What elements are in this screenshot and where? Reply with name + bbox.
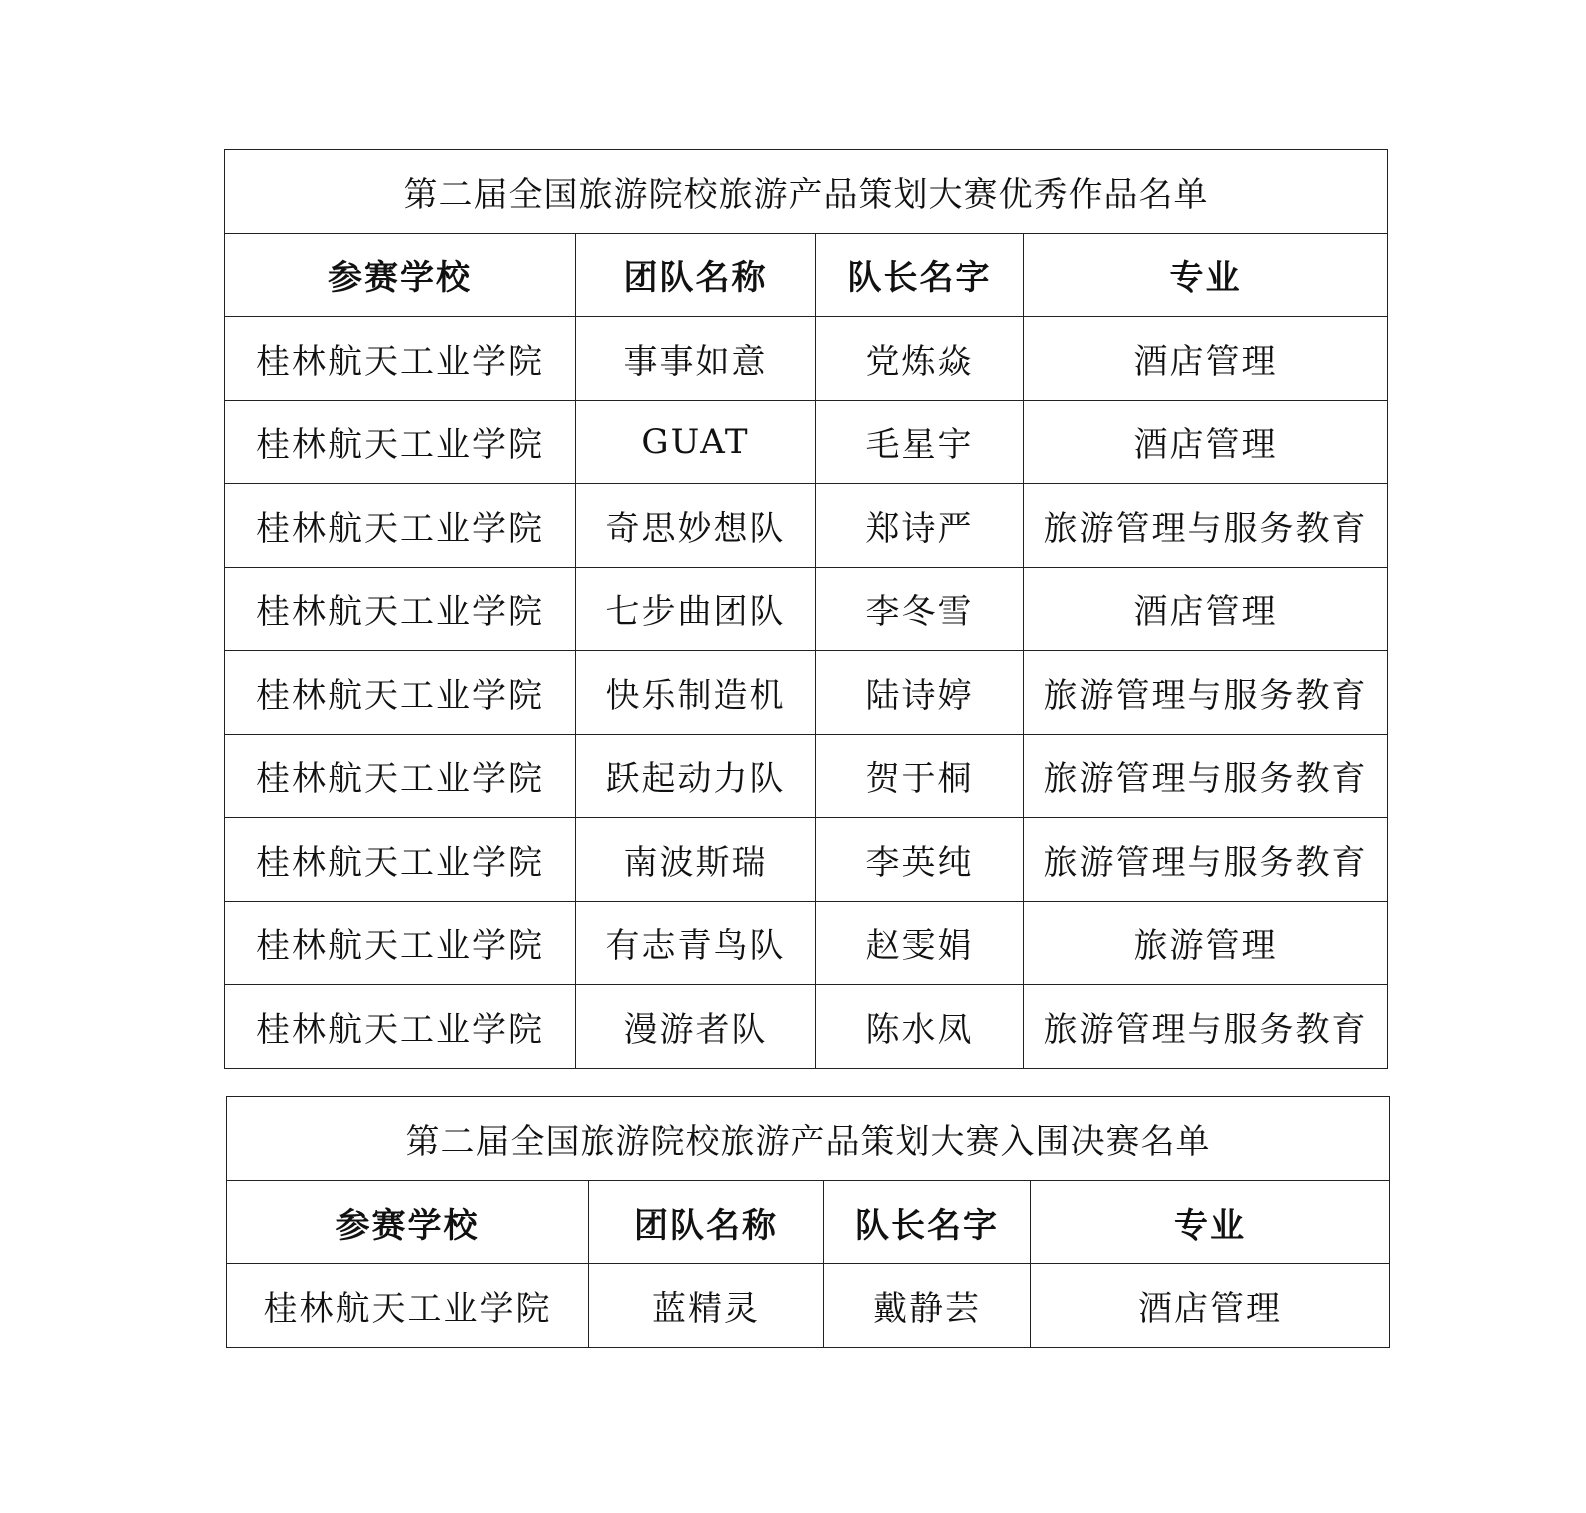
table-title-row: 第二届全国旅游院校旅游产品策划大赛入围决赛名单 xyxy=(227,1097,1390,1181)
cell-captain: 陈水凤 xyxy=(816,985,1024,1069)
table-row: 桂林航天工业学院 南波斯瑞 李英纯 旅游管理与服务教育 xyxy=(225,818,1388,902)
cell-team: GUAT xyxy=(576,400,816,484)
cell-school: 桂林航天工业学院 xyxy=(225,818,576,902)
table-row: 桂林航天工业学院 GUAT 毛星宇 酒店管理 xyxy=(225,400,1388,484)
table-header-row: 参赛学校 团队名称 队长名字 专业 xyxy=(225,233,1388,317)
column-header-school: 参赛学校 xyxy=(225,233,576,317)
column-header-team: 团队名称 xyxy=(576,233,816,317)
cell-team: 蓝精灵 xyxy=(589,1264,824,1348)
table-row: 桂林航天工业学院 有志青鸟队 赵雯娟 旅游管理 xyxy=(225,901,1388,985)
cell-captain: 毛星宇 xyxy=(816,400,1024,484)
cell-major: 旅游管理与服务教育 xyxy=(1024,734,1388,818)
table-row: 桂林航天工业学院 蓝精灵 戴静芸 酒店管理 xyxy=(227,1264,1390,1348)
table-row: 桂林航天工业学院 奇思妙想队 郑诗严 旅游管理与服务教育 xyxy=(225,484,1388,568)
column-header-major: 专业 xyxy=(1024,233,1388,317)
cell-major: 旅游管理与服务教育 xyxy=(1024,484,1388,568)
cell-major: 酒店管理 xyxy=(1024,317,1388,401)
cell-captain: 李英纯 xyxy=(816,818,1024,902)
cell-captain: 赵雯娟 xyxy=(816,901,1024,985)
cell-captain: 贺于桐 xyxy=(816,734,1024,818)
cell-captain: 陆诗婷 xyxy=(816,651,1024,735)
cell-school: 桂林航天工业学院 xyxy=(225,400,576,484)
cell-captain: 党炼焱 xyxy=(816,317,1024,401)
cell-team: 跃起动力队 xyxy=(576,734,816,818)
excellent-works-table: 第二届全国旅游院校旅游产品策划大赛优秀作品名单 参赛学校 团队名称 队长名字 专… xyxy=(224,149,1388,1069)
cell-team: 快乐制造机 xyxy=(576,651,816,735)
cell-school: 桂林航天工业学院 xyxy=(225,734,576,818)
cell-captain: 戴静芸 xyxy=(824,1264,1031,1348)
cell-captain: 郑诗严 xyxy=(816,484,1024,568)
column-header-team: 团队名称 xyxy=(589,1180,824,1264)
cell-school: 桂林航天工业学院 xyxy=(225,651,576,735)
cell-team: 南波斯瑞 xyxy=(576,818,816,902)
table-row: 桂林航天工业学院 跃起动力队 贺于桐 旅游管理与服务教育 xyxy=(225,734,1388,818)
table-title-row: 第二届全国旅游院校旅游产品策划大赛优秀作品名单 xyxy=(225,150,1388,234)
table-row: 桂林航天工业学院 快乐制造机 陆诗婷 旅游管理与服务教育 xyxy=(225,651,1388,735)
column-header-captain: 队长名字 xyxy=(824,1180,1031,1264)
cell-team: 七步曲团队 xyxy=(576,567,816,651)
cell-major: 旅游管理与服务教育 xyxy=(1024,985,1388,1069)
cell-school: 桂林航天工业学院 xyxy=(225,985,576,1069)
column-header-school: 参赛学校 xyxy=(227,1180,589,1264)
cell-captain: 李冬雪 xyxy=(816,567,1024,651)
cell-team: 有志青鸟队 xyxy=(576,901,816,985)
table-row: 桂林航天工业学院 七步曲团队 李冬雪 酒店管理 xyxy=(225,567,1388,651)
cell-major: 旅游管理与服务教育 xyxy=(1024,651,1388,735)
table-header-row: 参赛学校 团队名称 队长名字 专业 xyxy=(227,1180,1390,1264)
cell-major: 酒店管理 xyxy=(1031,1264,1390,1348)
cell-school: 桂林航天工业学院 xyxy=(225,901,576,985)
cell-team: 漫游者队 xyxy=(576,985,816,1069)
cell-school: 桂林航天工业学院 xyxy=(225,317,576,401)
cell-team: 事事如意 xyxy=(576,317,816,401)
cell-school: 桂林航天工业学院 xyxy=(225,484,576,568)
table-row: 桂林航天工业学院 漫游者队 陈水凤 旅游管理与服务教育 xyxy=(225,985,1388,1069)
cell-major: 酒店管理 xyxy=(1024,400,1388,484)
finalists-table: 第二届全国旅游院校旅游产品策划大赛入围决赛名单 参赛学校 团队名称 队长名字 专… xyxy=(226,1096,1390,1348)
table-title: 第二届全国旅游院校旅游产品策划大赛入围决赛名单 xyxy=(227,1097,1390,1181)
cell-school: 桂林航天工业学院 xyxy=(225,567,576,651)
table-title: 第二届全国旅游院校旅游产品策划大赛优秀作品名单 xyxy=(225,150,1388,234)
cell-major: 旅游管理与服务教育 xyxy=(1024,818,1388,902)
cell-team: 奇思妙想队 xyxy=(576,484,816,568)
cell-school: 桂林航天工业学院 xyxy=(227,1264,589,1348)
cell-major: 旅游管理 xyxy=(1024,901,1388,985)
column-header-major: 专业 xyxy=(1031,1180,1390,1264)
column-header-captain: 队长名字 xyxy=(816,233,1024,317)
cell-major: 酒店管理 xyxy=(1024,567,1388,651)
table-row: 桂林航天工业学院 事事如意 党炼焱 酒店管理 xyxy=(225,317,1388,401)
